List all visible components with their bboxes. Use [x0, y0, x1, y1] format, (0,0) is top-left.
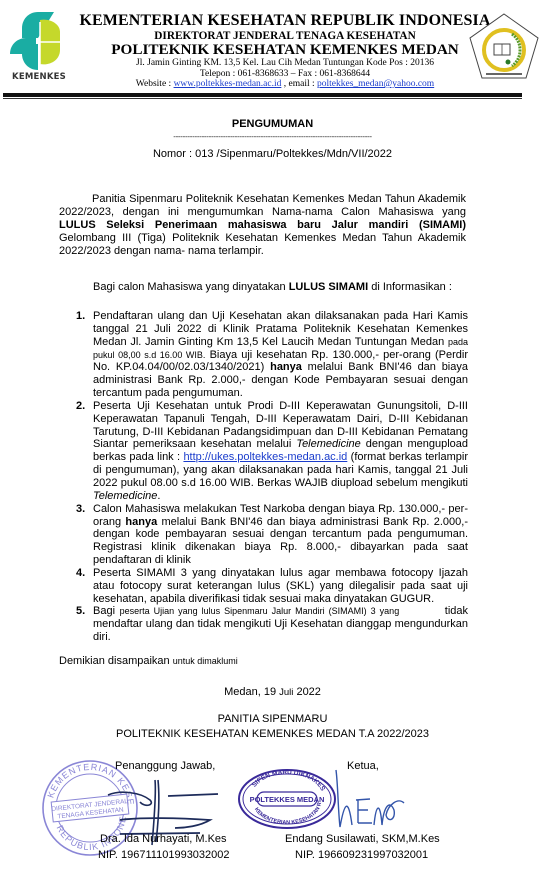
signature-right-icon: [330, 765, 410, 835]
item-text: Peserta SIMAMI 3 yang dinyatakan lulus a…: [93, 567, 468, 605]
list-item: 3.Calon Mahasiswa melakukan Test Narkoba…: [93, 503, 468, 567]
signatory-right-nip: NIP. 196609231997032001: [295, 849, 428, 861]
signatory-left-name: Dra. Ida Nurhayati, M.Kes: [100, 833, 227, 845]
item-text: .: [157, 490, 160, 502]
list-item: 5.Bagi peserta Ujian yang lulus Sipenmar…: [93, 605, 468, 644]
svg-text:SIPEN MARU DIKNAKES: SIPEN MARU DIKNAKES: [251, 769, 327, 793]
email-link[interactable]: poltekkes_medan@yahoo.com: [317, 79, 434, 89]
list-item: 1.Pendaftaran ulang dan Uji Kesehatan ak…: [93, 310, 468, 400]
letterhead-ministry: KEMENTERIAN KESEHATAN REPUBLIK INDONESIA: [70, 12, 500, 30]
intro-text-2: Gelombang III (Tiga) Politeknik Kesehata…: [59, 232, 466, 257]
signatory-left-nip: NIP. 196711101993032002: [98, 849, 230, 861]
committee-institution: POLITEKNIK KESEHATAN KEMENKES MEDAN T.A …: [0, 728, 545, 740]
date-place: Medan, 19: [224, 686, 279, 698]
document-title: PENGUMUMAN: [0, 118, 545, 130]
intro-paragraph: Panitia Sipenmaru Politeknik Kesehatan K…: [59, 193, 466, 258]
pentagon-emblem-icon: [468, 12, 540, 82]
letterhead-address: Jl. Jamin Ginting KM. 13,5 Kel. Lau Cih …: [70, 58, 500, 68]
item-number: 1.: [76, 310, 85, 323]
letterhead-institution: POLITEKNIK KESEHATAN KEMENKES MEDAN: [70, 41, 500, 59]
info-prefix: Bagi calon Mahasiswa yang dinyatakan: [93, 281, 289, 293]
kemenkes-flower-icon: [8, 10, 70, 72]
date-year: 2022: [293, 686, 321, 698]
title-underline-dashes: ----------------------------------------…: [0, 132, 545, 141]
closing-text-small: untuk dimaklumi: [173, 656, 238, 666]
info-line: Bagi calon Mahasiswa yang dinyatakan LUL…: [93, 281, 452, 294]
letterhead-web-email: Website : www.poltekkes-medan.ac.id , em…: [70, 79, 500, 89]
sipenmaru-stamp: SIPEN MARU DIKNAKES KEMENTERIAN KESEHATA…: [237, 768, 337, 835]
stamp-center-text: POLTEKKES MEDAN: [250, 795, 325, 804]
item-number: 4.: [76, 567, 85, 580]
signatory-right-name: Endang Susilawati, SKM,M.Kes: [285, 833, 440, 845]
item-italic: Telemedicine: [296, 438, 360, 450]
item-number: 2.: [76, 400, 85, 413]
letterhead-phone: Telepon : 061-8368633 – Fax : 061-836864…: [70, 69, 500, 79]
closing-text: Demikian disampaikan: [59, 655, 173, 667]
list-item: 4.Peserta SIMAMI 3 yang dinyatakan lulus…: [93, 567, 468, 606]
item-text: Bagi: [93, 605, 120, 617]
item-text: Pendaftaran ulang dan Uji Kesehatan akan…: [93, 310, 468, 348]
place-date: Medan, 19 Juli 2022: [0, 686, 545, 698]
item-number: 5.: [76, 605, 85, 618]
oval-stamp-icon: SIPEN MARU DIKNAKES KEMENTERIAN KESEHATA…: [237, 768, 337, 830]
item-bold: hanya: [270, 361, 302, 373]
letterhead-rule-thick: [3, 93, 522, 97]
intro-bold: LULUS Seleksi Penerimaan mahasiswa baru …: [59, 219, 466, 231]
date-month: Juli: [279, 687, 293, 698]
item-number: 3.: [76, 503, 85, 516]
poltekkes-emblem: [468, 12, 540, 82]
upload-link[interactable]: http://ukes.poltekkes-medan.ac.id: [183, 451, 347, 463]
email-label: , email :: [281, 79, 317, 89]
info-bold: LULUS SIMAMI: [289, 281, 368, 293]
website-label: Website :: [136, 79, 174, 89]
committee-name: PANITIA SIPENMARU: [0, 713, 545, 725]
info-suffix: di Informasikan :: [368, 281, 452, 293]
closing-line: Demikian disampaikan untuk dimaklumi: [59, 655, 238, 667]
item-italic: Telemedicine: [93, 490, 157, 502]
item-bold: hanya: [125, 516, 157, 528]
list-item: 2.Peserta Uji Kesehatan untuk Prodi D-II…: [93, 400, 468, 503]
requirements-list: 1.Pendaftaran ulang dan Uji Kesehatan ak…: [93, 310, 468, 644]
document-number: Nomor : 013 /Sipenmaru/Poltekkes/Mdn/VII…: [0, 148, 545, 160]
intro-text: Panitia Sipenmaru Politeknik Kesehatan K…: [59, 193, 466, 218]
item-text-small: peserta Ujian yang lulus Sipenmaru Jalur…: [120, 606, 400, 616]
stamp-top-text: SIPEN MARU DIKNAKES: [251, 769, 327, 793]
website-link[interactable]: www.poltekkes-medan.ac.id: [174, 79, 282, 89]
letterhead-rule-thin: [3, 98, 522, 99]
kemenkes-wordmark: KEMENKES: [8, 72, 70, 82]
